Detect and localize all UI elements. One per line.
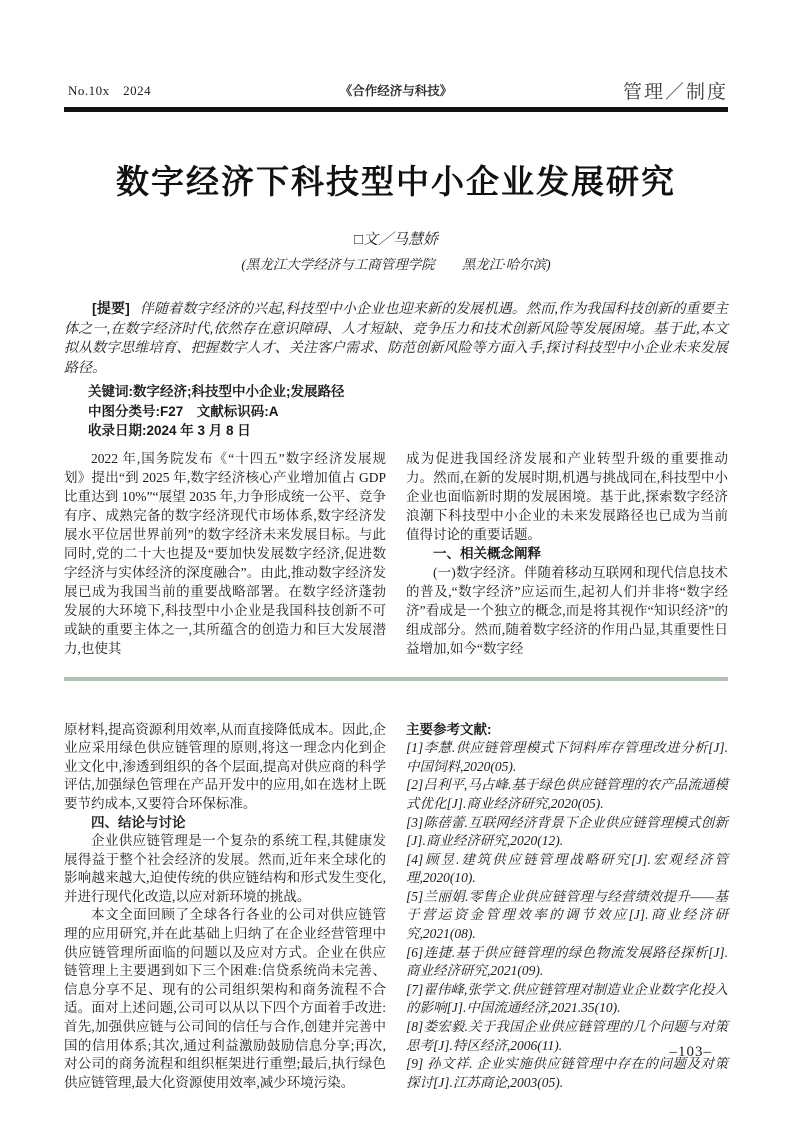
body-paragraph: 2022 年,国务院发布《“十四五”数字经济发展规划》提出“到 2025 年,数… <box>64 449 386 659</box>
section-separator-rule <box>64 677 728 681</box>
section-heading-1: 一、相关概念阐释 <box>406 544 728 563</box>
reference-item: [2]吕利平,马占峰.基于绿色供应链管理的农产品流通模式优化[J].商业经济研究… <box>406 776 728 813</box>
reference-item: [1]李慧.供应链管理模式下饲料库存管理改进分析[J].中国饲料,2020(05… <box>406 739 728 776</box>
abstract-paragraph: [提要]伴随着数字经济的兴起,科技型中小企业也迎来新的发展机遇。然而,作为我国科… <box>64 299 728 378</box>
running-head: No.10x 2024 《合作经济与科技》 管理／制度 <box>64 80 728 102</box>
top-right-column: 成为促进我国经济发展和产业转型升级的重要推动力。然而,在新的发展时期,机遇与挑战… <box>406 449 728 659</box>
reference-item: [3]陈蓓蕾.互联网经济背景下企业供应链管理模式创新[J].商业经济研究,202… <box>406 814 728 851</box>
references-column: 主要参考文献: [1]李慧.供应链管理模式下饲料库存管理改进分析[J].中国饲料… <box>406 721 728 1093</box>
journal-page: No.10x 2024 《合作经济与科技》 管理／制度 数字经济下科技型中小企业… <box>0 0 793 1122</box>
references-heading: 主要参考文献: <box>406 721 728 740</box>
body-paragraph: 成为促进我国经济发展和产业转型升级的重要推动力。然而,在新的发展时期,机遇与挑战… <box>406 449 728 544</box>
top-left-column: 2022 年,国务院发布《“十四五”数字经济发展规划》提出“到 2025 年,数… <box>64 449 386 659</box>
classification-line: 中图分类号:F27 文献标识码:A <box>88 402 728 422</box>
bottom-left-column: 原材料,提高资源利用效率,从而直接降低成本。因此,企业应采用绿色供应链管理的原则… <box>64 721 386 1093</box>
keywords-line: 关键词:数字经济;科技型中小企业;发展路径 <box>88 382 728 402</box>
body-paragraph: 企业供应链管理是一个复杂的系统工程,其健康发展得益于整个社会经济的发展。然而,近… <box>64 832 386 906</box>
body-paragraph: 原材料,提高资源利用效率,从而直接降低成本。因此,企业应采用绿色供应链管理的原则… <box>64 721 386 814</box>
body-section-top: 2022 年,国务院发布《“十四五”数字经济发展规划》提出“到 2025 年,数… <box>64 449 728 659</box>
abstract-label: [提要] <box>92 300 130 316</box>
article-title: 数字经济下科技型中小企业发展研究 <box>64 162 728 202</box>
section-label: 管理／制度 <box>623 77 728 104</box>
author-byline: □文／马慧娇 <box>64 231 728 250</box>
author-affiliation: (黑龙江大学经济与工商管理学院 黑龙江·哈尔滨) <box>64 256 728 274</box>
reference-item: [5]兰丽娟.零售企业供应链管理与经营绩效提升——基于营运资金管理效率的调节效应… <box>406 888 728 944</box>
reference-item: [7]翟伟峰,张学文.供应链管理对制造业企业数字化投入的影响[J].中国流通经济… <box>406 981 728 1018</box>
section-heading-4: 四、结论与讨论 <box>64 814 386 833</box>
body-paragraph: 本文全面回顾了全球各行各业的公司对供应链管理的应用研究,并在此基础上归纳了在企业… <box>64 906 386 1092</box>
body-section-bottom: 原材料,提高资源利用效率,从而直接降低成本。因此,企业应采用绿色供应链管理的原则… <box>64 721 728 1093</box>
reference-item: [6]连捷.基于供应链管理的绿色物流发展路径探析[J].商业经济研究,2021(… <box>406 944 728 981</box>
page-content: No.10x 2024 《合作经济与科技》 管理／制度 数字经济下科技型中小企业… <box>64 0 728 1092</box>
body-paragraph: (一)数字经济。伴随着移动互联网和现代信息技术的普及,“数字经济”应运而生,起初… <box>406 563 728 658</box>
date-received-line: 收录日期:2024 年 3 月 8 日 <box>88 421 728 441</box>
keywords-block: 关键词:数字经济;科技型中小企业;发展路径 中图分类号:F27 文献标识码:A … <box>64 382 728 441</box>
header-double-rule <box>64 107 728 112</box>
reference-item: [4]顾昱.建筑供应链管理战略研究[J].宏观经济管理,2020(10). <box>406 851 728 888</box>
abstract-text: 伴随着数字经济的兴起,科技型中小企业也迎来新的发展机遇。然而,作为我国科技创新的… <box>64 302 728 376</box>
page-number: –103– <box>670 1044 713 1061</box>
